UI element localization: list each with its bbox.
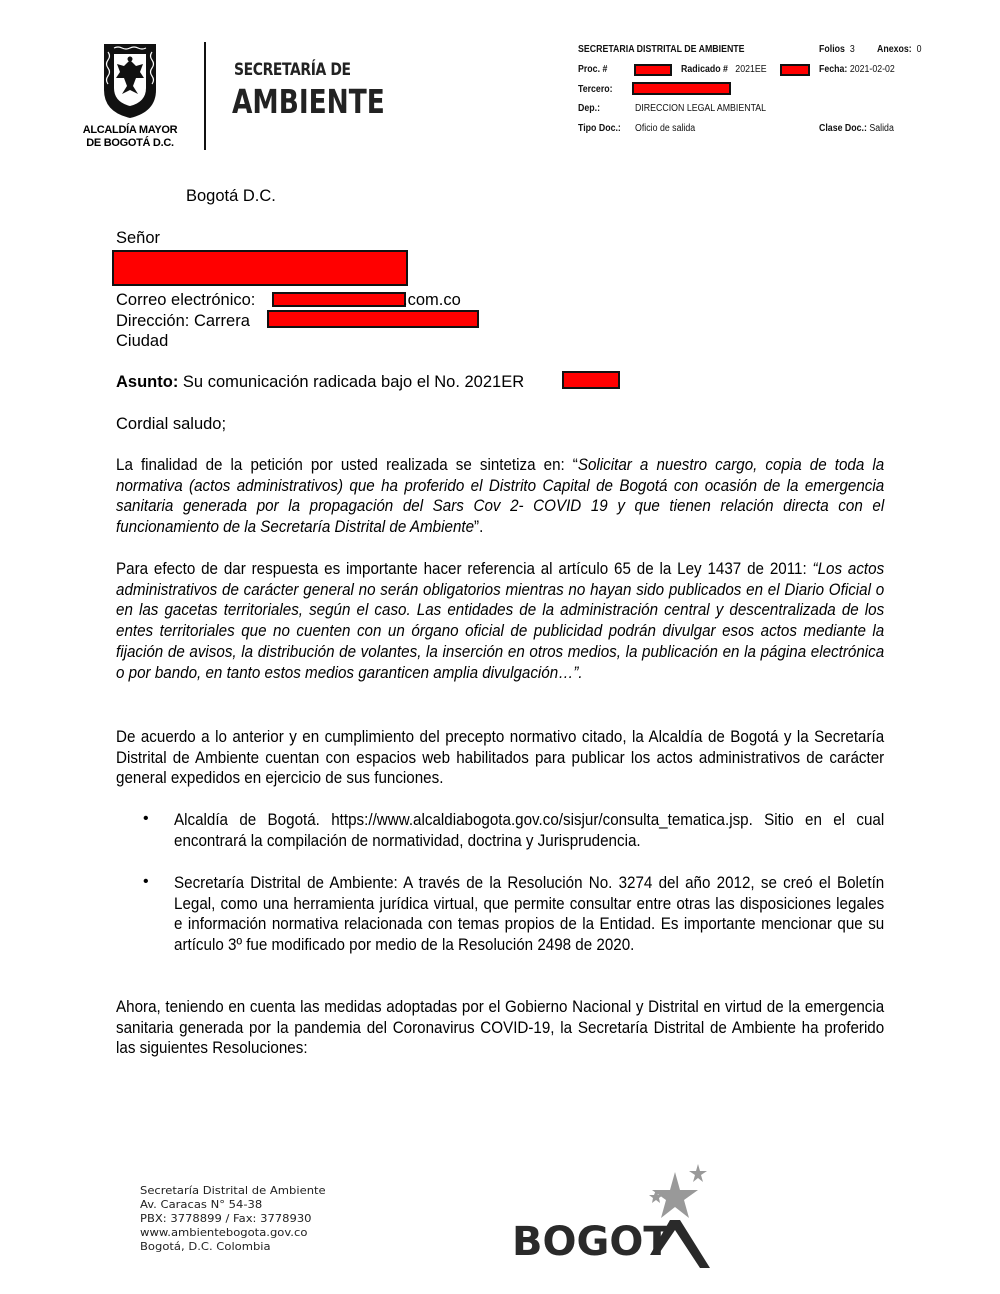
- redaction-email: [272, 292, 406, 307]
- paragraph-legal-reference: Para efecto de dar respuesta es importan…: [116, 559, 884, 683]
- redaction-proc: [634, 64, 672, 76]
- email-suffix: .com.co: [403, 290, 461, 311]
- clase-doc-label: Clase Doc.:: [819, 123, 867, 134]
- alcaldia-line1: ALCALDÍA MAYOR: [80, 124, 180, 137]
- secretaria-title-line2: AMBIENTE: [232, 82, 385, 121]
- bullet-secretaria: Secretaría Distrital de Ambiente: A trav…: [174, 873, 884, 956]
- salutation-title: Señor: [116, 228, 160, 249]
- subject-text: Su comunicación radicada bajo el No. 202…: [183, 373, 524, 391]
- letter-city: Bogotá D.C.: [186, 186, 276, 207]
- p1-end: ”.: [474, 518, 483, 536]
- footer-contact-info: Secretaría Distrital de Ambiente Av. Car…: [140, 1184, 326, 1254]
- address-label: Dirección: Carrera: [116, 311, 250, 332]
- paragraph-request-summary: La finalidad de la petición por usted re…: [116, 455, 884, 538]
- subject-line: Asunto: Su comunicación radicada bajo el…: [116, 372, 524, 393]
- clase-doc-value: Salida: [869, 123, 893, 134]
- secretaria-title-line1: SECRETARÍA DE: [234, 60, 351, 80]
- anexos-label: Anexos:: [877, 44, 912, 55]
- logo-divider: [204, 42, 206, 150]
- folios-value: 3: [850, 44, 855, 55]
- redaction-tercero: [632, 82, 731, 95]
- alcaldia-logo-text: ALCALDÍA MAYOR DE BOGOTÁ D.C.: [80, 124, 180, 150]
- svg-text:BOGOT: BOGOT: [512, 1219, 671, 1265]
- fecha-label: Fecha:: [819, 64, 847, 75]
- redaction-subject-number: [562, 371, 620, 389]
- p1-intro: La finalidad de la petición por usted re…: [116, 456, 578, 474]
- p2-intro: Para efecto de dar respuesta es importan…: [116, 560, 813, 578]
- dep-value: DIRECCION LEGAL AMBIENTAL: [635, 103, 766, 114]
- folios-label: Folios: [819, 44, 845, 55]
- greeting: Cordial saludo;: [116, 414, 226, 435]
- proc-label: Proc. #: [578, 64, 607, 75]
- paragraph-resolutions-intro: Ahora, teniendo en cuenta las medidas ad…: [116, 997, 884, 1059]
- entity-name: SECRETARIA DISTRITAL DE AMBIENTE: [578, 44, 745, 55]
- p2-quote: “Los actos administrativos de carácter g…: [116, 560, 884, 682]
- redaction-radicado: [780, 64, 810, 76]
- redaction-address: [267, 310, 479, 328]
- tercero-label: Tercero:: [578, 84, 613, 95]
- bogota-stars-logo-icon: BOGOT: [510, 1160, 720, 1270]
- dep-label: Dep.:: [578, 103, 600, 114]
- city-line: Ciudad: [116, 331, 168, 352]
- bullet-alcaldia: Alcaldía de Bogotá. https://www.alcaldia…: [174, 810, 884, 851]
- bogota-coat-of-arms-icon: [100, 42, 160, 120]
- bullet-icon: •: [143, 873, 149, 891]
- alcaldia-line2: DE BOGOTÁ D.C.: [80, 137, 180, 150]
- anexos-value: 0: [917, 44, 922, 55]
- radicado-label: Radicado #: [681, 64, 728, 75]
- redaction-recipient-name: [112, 250, 408, 286]
- paragraph-web-spaces: De acuerdo a lo anterior y en cumplimien…: [116, 727, 884, 789]
- tipo-doc-label: Tipo Doc.:: [578, 123, 621, 134]
- subject-label: Asunto:: [116, 373, 178, 391]
- fecha-value: 2021-02-02: [850, 64, 895, 75]
- email-label: Correo electrónico:: [116, 290, 255, 311]
- bullet-icon: •: [143, 810, 149, 828]
- radicado-value: 2021EE: [735, 64, 766, 75]
- tipo-doc-value: Oficio de salida: [635, 123, 695, 134]
